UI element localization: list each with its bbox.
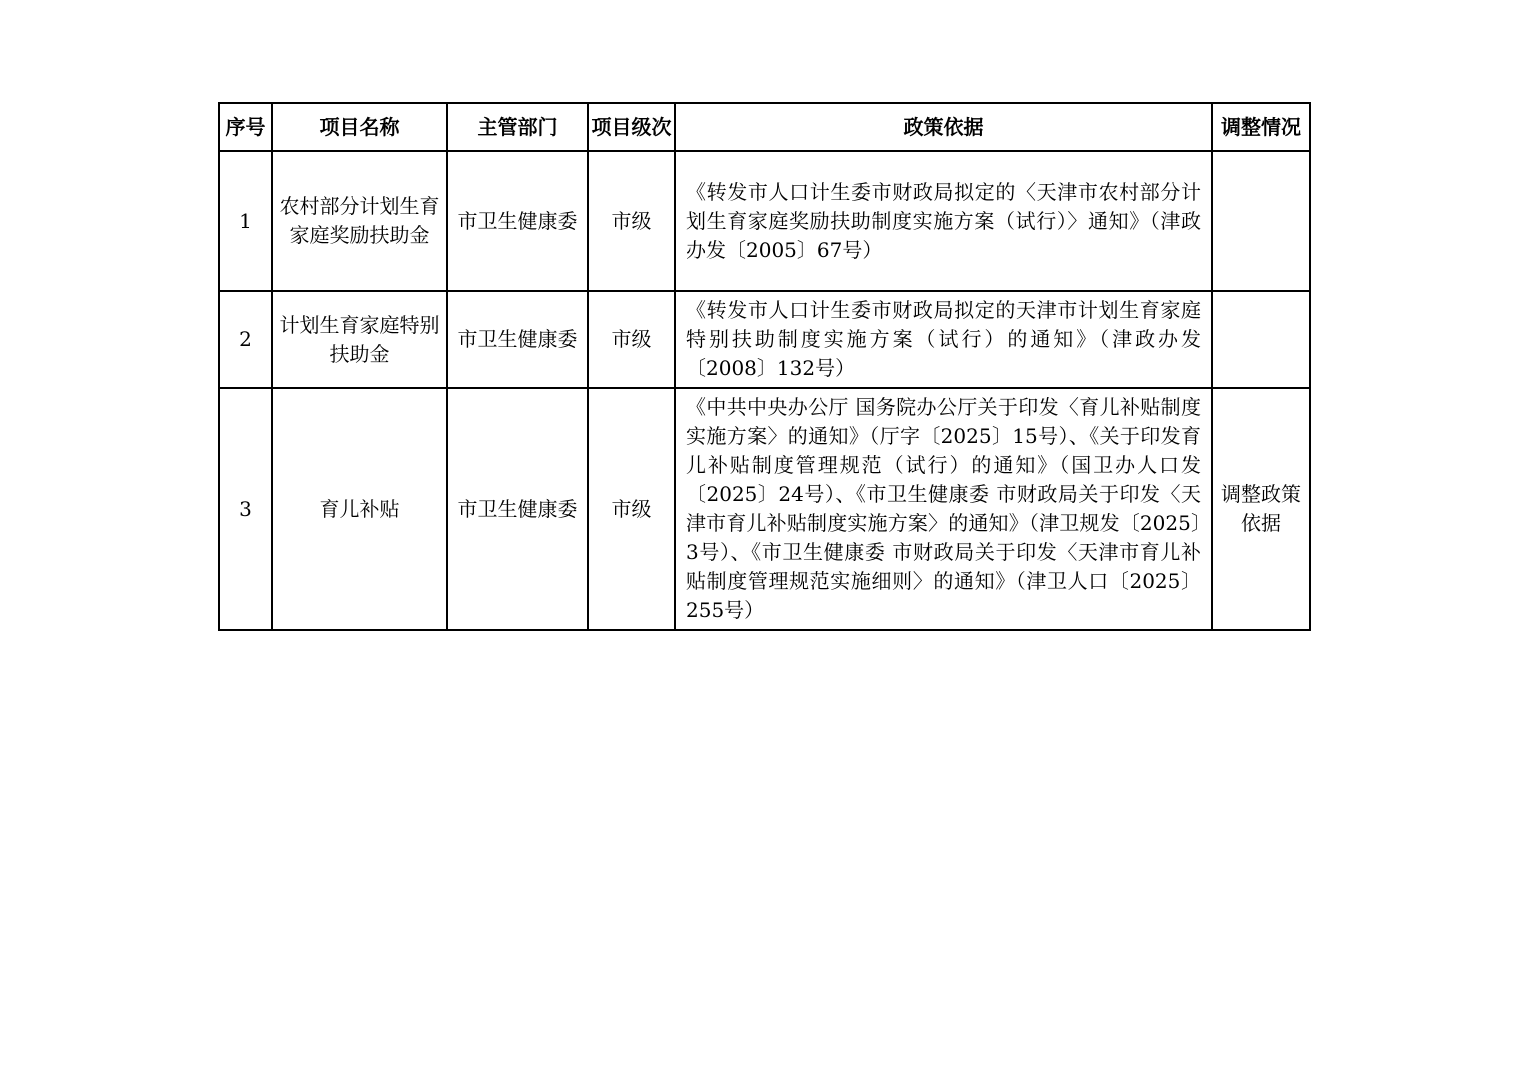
cell-department: 市卫生健康委 [447, 388, 588, 630]
policy-projects-table: 序号 项目名称 主管部门 项目级次 政策依据 调整情况 1 农村部分计划生育家庭… [218, 102, 1311, 631]
header-policy-basis: 政策依据 [675, 103, 1212, 151]
cell-project-level: 市级 [588, 151, 675, 291]
cell-seq: 1 [219, 151, 272, 291]
cell-project-level: 市级 [588, 388, 675, 630]
cell-policy-basis: 《中共中央办公厅 国务院办公厅关于印发〈育儿补贴制度实施方案〉的通知》（厅字〔2… [675, 388, 1212, 630]
cell-policy-basis: 《转发市人口计生委市财政局拟定的〈天津市农村部分计划生育家庭奖励扶助制度实施方案… [675, 151, 1212, 291]
cell-seq: 2 [219, 291, 272, 388]
cell-policy-basis: 《转发市人口计生委市财政局拟定的天津市计划生育家庭特别扶助制度实施方案（试行）的… [675, 291, 1212, 388]
cell-department: 市卫生健康委 [447, 151, 588, 291]
cell-seq: 3 [219, 388, 272, 630]
cell-project-name: 计划生育家庭特别扶助金 [272, 291, 447, 388]
table-row: 1 农村部分计划生育家庭奖励扶助金 市卫生健康委 市级 《转发市人口计生委市财政… [219, 151, 1310, 291]
cell-adjustment [1212, 151, 1310, 291]
cell-adjustment: 调整政策依据 [1212, 388, 1310, 630]
cell-project-name: 育儿补贴 [272, 388, 447, 630]
cell-project-name: 农村部分计划生育家庭奖励扶助金 [272, 151, 447, 291]
cell-department: 市卫生健康委 [447, 291, 588, 388]
header-department: 主管部门 [447, 103, 588, 151]
table-row: 3 育儿补贴 市卫生健康委 市级 《中共中央办公厅 国务院办公厅关于印发〈育儿补… [219, 388, 1310, 630]
cell-adjustment [1212, 291, 1310, 388]
table-row: 2 计划生育家庭特别扶助金 市卫生健康委 市级 《转发市人口计生委市财政局拟定的… [219, 291, 1310, 388]
header-adjustment: 调整情况 [1212, 103, 1310, 151]
table-header-row: 序号 项目名称 主管部门 项目级次 政策依据 调整情况 [219, 103, 1310, 151]
document-page: 序号 项目名称 主管部门 项目级次 政策依据 调整情况 1 农村部分计划生育家庭… [0, 0, 1520, 1074]
header-seq: 序号 [219, 103, 272, 151]
header-project-level: 项目级次 [588, 103, 675, 151]
header-project-name: 项目名称 [272, 103, 447, 151]
cell-project-level: 市级 [588, 291, 675, 388]
